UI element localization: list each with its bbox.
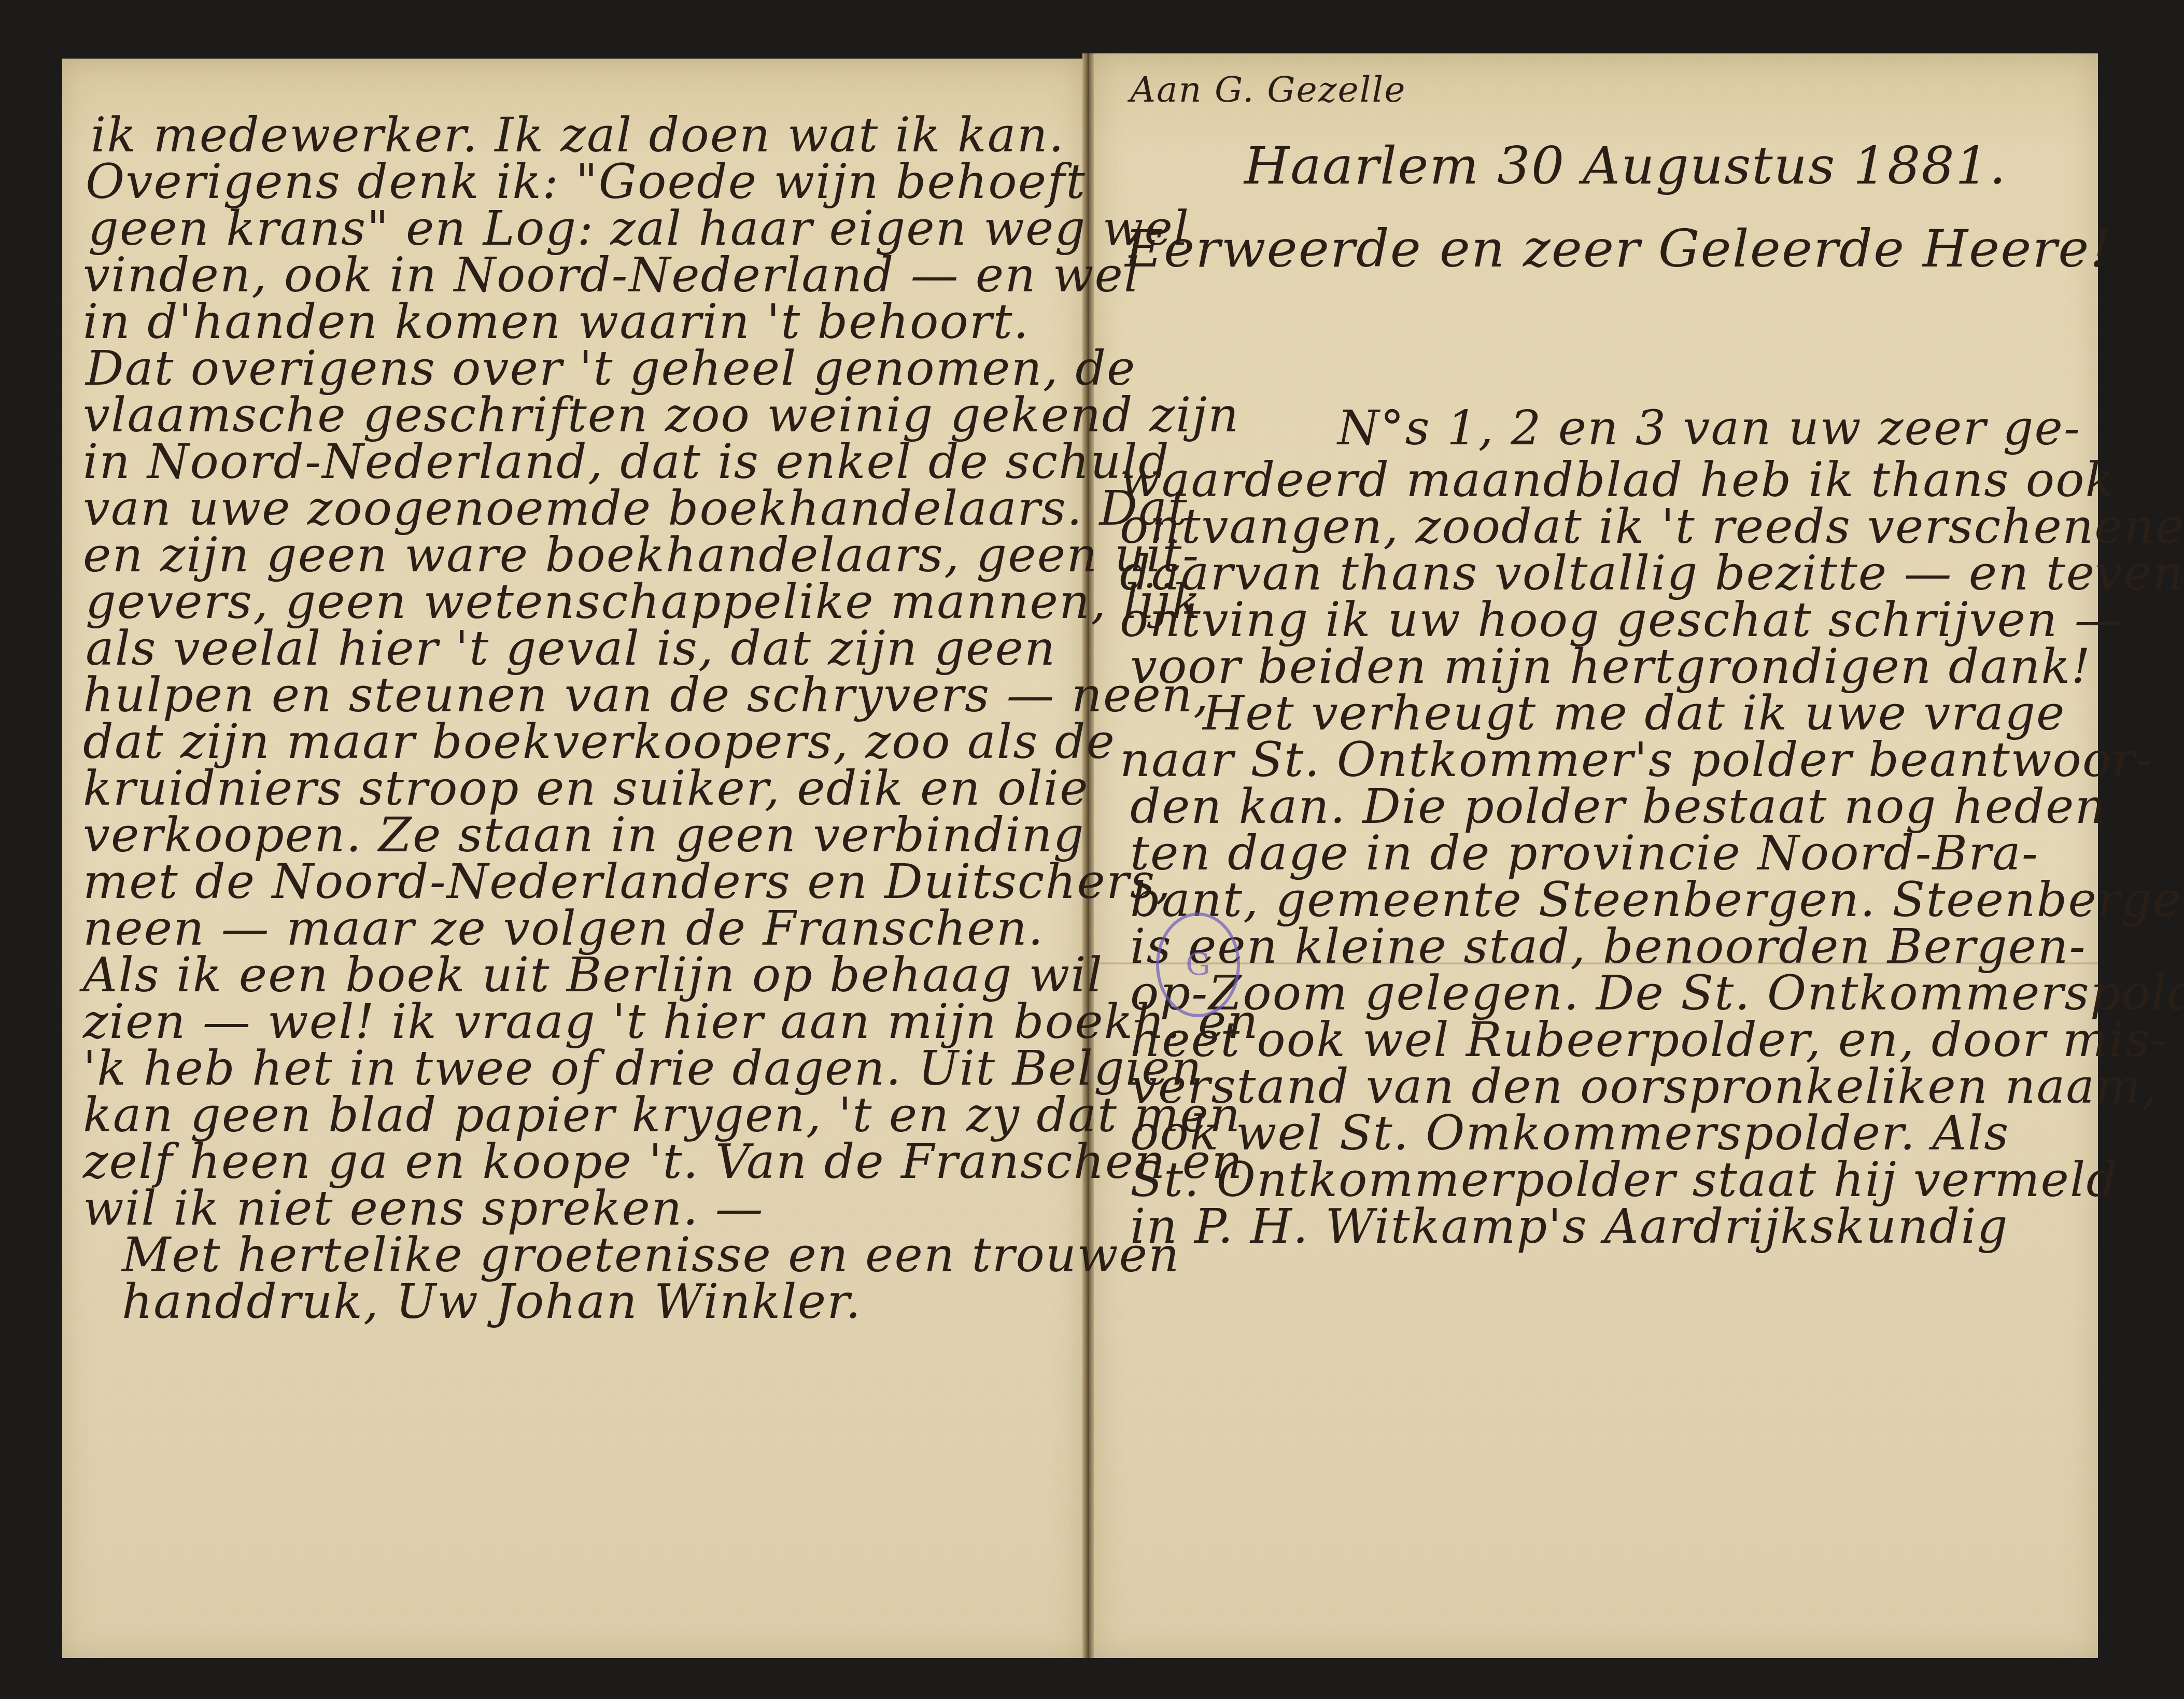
- left-line: met de Noord-Nederlanders en Duitschers,: [83, 858, 1172, 906]
- left-line: ik medewerker. Ik zal doen wat ik kan.: [91, 111, 1065, 159]
- signature-line: handdruk, Uw Johan Winkler.: [122, 1278, 862, 1326]
- left-line: zelf heen ga en koope 't. Van de Fransch…: [83, 1138, 1244, 1186]
- place-date: Haarlem 30 Augustus 1881.: [1244, 140, 2007, 192]
- right-line: in P. H. Witkamp's Aardrijkskundig: [1130, 1203, 2009, 1251]
- right-line: ook wel St. Omkommerspolder. Als: [1130, 1110, 2010, 1157]
- left-line: en zijn geen ware boekhandelaars, geen u…: [83, 531, 1200, 579]
- right-line: ten dage in de provincie Noord-Bra-: [1130, 830, 2039, 877]
- left-line: Als ik een boek uit Berlijn op behaag wi…: [83, 951, 1103, 999]
- left-line: Dat overigens over 't geheel genomen, de: [86, 345, 1136, 392]
- left-line: geen krans" en Log: zal haar eigen weg w…: [88, 205, 1190, 252]
- left-line: dat zijn maar boekverkoopers, zoo als de: [83, 718, 1116, 766]
- right-line: heet ook wel Rubeerpolder, en, door mis-: [1130, 1016, 2168, 1064]
- left-line: vinden, ook in Noord-Nederland — en wel: [83, 251, 1140, 299]
- left-line: in d'handen komen waarin 't behoort.: [83, 298, 1030, 346]
- left-line: zien — wel! ik vraag 't hier aan mijn bo…: [83, 998, 1259, 1046]
- right-line: op-Zoom gelegen. De St. Ontkommerspolder: [1130, 970, 2184, 1017]
- right-line: St. Ontkommerpolder staat hij vermeld: [1130, 1156, 2118, 1204]
- left-line: neen — maar ze volgen de Franschen.: [83, 905, 1044, 952]
- right-line: naar St. Ontkommer's polder beantwoor-: [1120, 736, 2153, 784]
- right-line: Het verheugt me dat ik uwe vrage: [1203, 690, 2065, 737]
- left-line: van uwe zoogenoemde boekhandelaars. Dat: [83, 485, 1188, 532]
- left-line: wil ik niet eens spreken. —: [83, 1185, 764, 1232]
- recipient-annotation: Aan G. Gezelle: [1130, 73, 1406, 108]
- left-line: in Noord-Nederland, dat is enkel de schu…: [83, 438, 1170, 486]
- left-line: kruidniers stroop en suiker, edik en oli…: [83, 765, 1089, 812]
- right-line: ontvangen, zoodat ik 't reeds verschenen…: [1120, 503, 2184, 551]
- right-line: bant, gemeente Steenbergen. Steenbergen: [1130, 876, 2184, 924]
- salutation: Eerweerde en zeer Geleerde Heere!: [1125, 223, 2112, 275]
- right-line: N°s 1, 2 en 3 van uw zeer ge-: [1337, 404, 2081, 452]
- library-stamp-icon: G: [1156, 912, 1240, 1017]
- right-line: waardeerd maandblad heb ik thans ook: [1120, 456, 2115, 504]
- left-line: gevers, geen wetenschappelike mannen, li…: [86, 578, 1202, 626]
- left-line: Overigens denk ik: "Goede wijn behoeft: [86, 158, 1086, 206]
- right-line: is een kleine stad, benoorden Bergen-: [1130, 923, 2087, 971]
- left-line: als veelal hier 't geval is, dat zijn ge…: [86, 625, 1056, 672]
- left-line: kan geen blad papier krygen, 't en zy da…: [83, 1091, 1241, 1139]
- left-line: verkoopen. Ze staan in geen verbinding: [83, 811, 1085, 859]
- left-line: vlaamsche geschriften zoo weinig gekend …: [83, 391, 1239, 439]
- stamp-letter: G: [1186, 947, 1210, 983]
- right-line: den kan. Die polder bestaat nog heden: [1130, 783, 2107, 831]
- right-line: daarvan thans voltallig bezitte — en tev…: [1120, 550, 2184, 597]
- left-line: Met hertelike groetenisse en een trouwen: [122, 1231, 1180, 1279]
- left-line: hulpen en steunen van de schryvers — nee…: [83, 671, 1209, 719]
- left-line: 'k heb het in twee of drie dagen. Uit Be…: [83, 1045, 1203, 1092]
- right-line: ontving ik uw hoog geschat schrijven —: [1120, 596, 2123, 644]
- right-line: voor beiden mijn hertgrondigen dank!: [1130, 643, 2091, 691]
- right-line: verstand van den oorspronkeliken naam,: [1130, 1063, 2158, 1111]
